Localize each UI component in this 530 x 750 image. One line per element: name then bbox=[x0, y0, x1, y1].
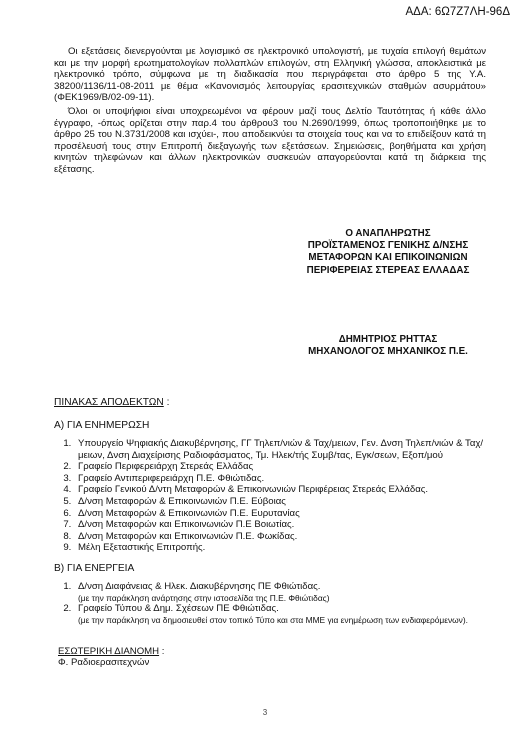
signatory-title-line: ΠΕΡΙΦΕΡΕΙΑΣ ΣΤΕΡΕΑΣ ΕΛΛΑΔΑΣ bbox=[268, 265, 508, 277]
paragraph-text: Οι εξετάσεις διενεργούνται με λογισμικό … bbox=[54, 46, 486, 104]
list-item-text: Γραφείο Τύπου & Δημ. Σχέσεων ΠΕ Φθιώτιδα… bbox=[78, 603, 494, 615]
signatory-title-line: ΜΕΤΑΦΟΡΩΝ ΚΑΙ ΕΠΙΚΟΙΝΩΝΙΩΝ bbox=[268, 252, 508, 264]
info-recipient-list: Υπουργείο Ψηφιακής Διακυβέρνησης, ΓΓ Τηλ… bbox=[54, 438, 494, 554]
list-item: Δ/νση Μεταφορών και Επικοινωνιών Π.Ε Βοι… bbox=[74, 519, 494, 531]
internal-distribution-suffix: : bbox=[159, 646, 164, 657]
signatory-position: ΜΗΧΑΝΟΛΟΓΟΣ ΜΗΧΑΝΙΚΟΣ Π.Ε. bbox=[268, 346, 508, 358]
paragraph-text: Όλοι οι υποψήφιοι είναι υποχρεωμένοι να … bbox=[54, 106, 486, 176]
info-heading: Α) ΓΙΑ ΕΝΗΜΕΡΩΣΗ bbox=[54, 420, 494, 431]
list-item-note: (με την παράκληση ανάρτησης στην ιστοσελ… bbox=[78, 593, 494, 604]
signatory-title-line: ΠΡΟΪΣΤΑΜΕΝΟΣ ΓΕΝΙΚΗΣ Δ/ΝΣΗΣ bbox=[268, 240, 508, 252]
action-heading: Β) ΓΙΑ ΕΝΕΡΓΕΙΑ bbox=[54, 563, 494, 574]
page-number: 3 bbox=[0, 708, 530, 717]
id-requirement-paragraph: Όλοι οι υποψήφιοι είναι υποχρεωμένοι να … bbox=[54, 106, 486, 176]
signatory-name-block: ΔΗΜΗΤΡΙΟΣ ΡΗΤΤΑΣ ΜΗΧΑΝΟΛΟΓΟΣ ΜΗΧΑΝΙΚΟΣ Π… bbox=[268, 334, 508, 358]
list-item: Δ/νση Μεταφορών & Επικοινωνιών Π.Ε. Ευρυ… bbox=[74, 508, 494, 520]
action-recipient-list: Δ/νση Διαφάνειας & Ηλεκ. Διακυβέρνησης Π… bbox=[54, 581, 494, 625]
signatory-title-line: Ο ΑΝΑΠΛΗΡΩΤΗΣ bbox=[268, 228, 508, 240]
list-item: Δ/νση Διαφάνειας & Ηλεκ. Διακυβέρνησης Π… bbox=[74, 581, 494, 603]
ada-code: ΑΔΑ: 6Ω7Ζ7ΛΗ-96Δ bbox=[405, 6, 510, 18]
signatory-title-block: Ο ΑΝΑΠΛΗΡΩΤΗΣ ΠΡΟΪΣΤΑΜΕΝΟΣ ΓΕΝΙΚΗΣ Δ/ΝΣΗ… bbox=[268, 228, 508, 277]
list-item: Γραφείο Τύπου & Δημ. Σχέσεων ΠΕ Φθιώτιδα… bbox=[74, 603, 494, 625]
internal-item: Φ. Ραδιοερασιτεχνών bbox=[58, 657, 498, 668]
recipients-title-suffix: : bbox=[164, 397, 170, 408]
list-item-text: Δ/νση Διαφάνειας & Ηλεκ. Διακυβέρνησης Π… bbox=[78, 581, 494, 593]
signatory-name: ΔΗΜΗΤΡΙΟΣ ΡΗΤΤΑΣ bbox=[268, 334, 508, 346]
list-item: Μέλη Εξεταστικής Επιτροπής. bbox=[74, 542, 494, 554]
list-item: Γραφείο Γενικού Δ/ντη Μεταφορών & Επικοι… bbox=[74, 484, 494, 496]
list-item-note: (με την παράκληση να δημοσιευθεί στον το… bbox=[78, 615, 494, 626]
recipients-title: ΠΙΝΑΚΑΣ ΑΠΟΔΕΚΤΩΝ : bbox=[54, 397, 494, 408]
list-item: Υπουργείο Ψηφιακής Διακυβέρνησης, ΓΓ Τηλ… bbox=[74, 438, 494, 461]
recipients-title-text: ΠΙΝΑΚΑΣ ΑΠΟΔΕΚΤΩΝ bbox=[54, 397, 164, 408]
list-item: Γραφείο Αντιπεριφερειάρχη Π.Ε. Φθιώτιδας… bbox=[74, 473, 494, 485]
exam-method-paragraph: Οι εξετάσεις διενεργούνται με λογισμικό … bbox=[54, 46, 486, 104]
internal-distribution: ΕΣΩΤΕΡΙΚΗ ΔΙΑΝΟΜΗ : Φ. Ραδιοερασιτεχνών bbox=[58, 646, 498, 668]
list-item: Γραφείο Περιφερειάρχη Στερεάς Ελλάδας bbox=[74, 461, 494, 473]
list-item: Δ/νση Μεταφορών & Επικοινωνιών Π.Ε. Εύβο… bbox=[74, 496, 494, 508]
list-item: Δ/νση Μεταφορών και Επικοινωνιών Π.Ε. Φω… bbox=[74, 531, 494, 543]
internal-distribution-title: ΕΣΩΤΕΡΙΚΗ ΔΙΑΝΟΜΗ bbox=[58, 646, 159, 657]
